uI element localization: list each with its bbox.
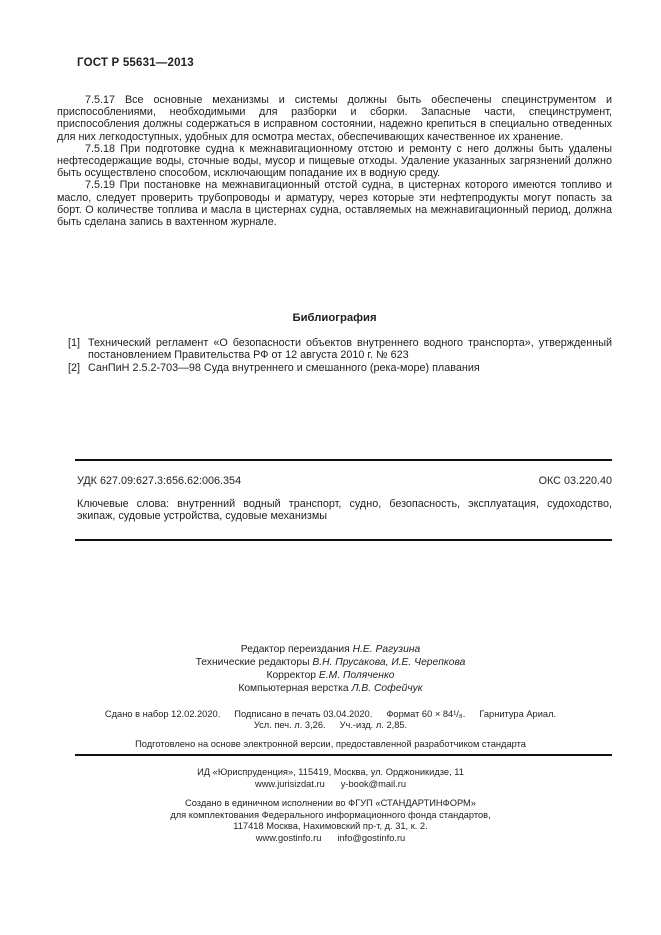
standartinform-line: для комплектования Федерального информац… [0, 810, 661, 822]
credit-line-technical-editors: Технические редакторы В.Н. Прусакова, И.… [0, 656, 661, 669]
imprint-note: Подготовлено на основе электронной верси… [0, 739, 661, 750]
standartinform-block: Создано в единичном исполнении во ФГУП «… [0, 798, 661, 844]
bibliography-item: [2] СанПиН 2.5.2-703—98 Суда внутреннего… [68, 362, 612, 374]
credit-line-editor: Редактор переиздания Н.Е. Рагузина [0, 643, 661, 656]
imprint-line-2: Усл. печ. л. 3,26.Уч.-изд. л. 2,85. [0, 720, 661, 731]
horizontal-rule-bottom [75, 754, 612, 756]
publisher-block: ИД «Юриспруденция», 115419, Москва, ул. … [0, 767, 661, 844]
bibliography-heading: Библиография [57, 312, 612, 324]
credit-role: Корректор [266, 670, 316, 681]
standartinform-contacts: www.gostinfo.ruinfo@gostinfo.ru [0, 833, 661, 845]
credit-role: Компьютерная верстка [238, 683, 348, 694]
keywords-text: Ключевые слова: внутренний водный трансп… [77, 498, 612, 523]
standartinform-address: 117418 Москва, Нахимовский пр-т, д. 31, … [0, 821, 661, 833]
oks-code: ОКС 03.220.40 [539, 475, 612, 487]
bibliography-list: [1] Технический регламент «О безопасност… [68, 337, 612, 374]
publisher-website: www.jurisizdat.ru [255, 779, 325, 791]
horizontal-rule-top [75, 459, 612, 461]
document-page: ГОСТ Р 55631—2013 7.5.17 Все основные ме… [0, 0, 661, 935]
gostinfo-website: www.gostinfo.ru [256, 833, 322, 845]
bibliography-item-marker: [1] [68, 337, 88, 361]
body-text-block: 7.5.17 Все основные механизмы и системы … [57, 94, 612, 228]
bibliography-item-marker: [2] [68, 362, 88, 374]
imprint-typeface: Гарнитура Ариал. [479, 709, 556, 720]
imprint-print-date: Подписано в печать 03.04.2020. [234, 709, 372, 720]
horizontal-rule-middle [75, 539, 612, 541]
bibliography-item-text: Технический регламент «О безопасности об… [88, 337, 612, 361]
bibliography-item-text: СанПиН 2.5.2-703—98 Суда внутреннего и с… [88, 362, 612, 374]
imprint-line-1: Сдано в набор 12.02.2020.Подписано в печ… [0, 709, 661, 720]
paragraph-7-5-18: 7.5.18 При подготовке судна к межнавигац… [57, 143, 612, 180]
paragraph-7-5-17: 7.5.17 Все основные механизмы и системы … [57, 94, 612, 143]
imprint-block: Сдано в набор 12.02.2020.Подписано в печ… [0, 709, 661, 751]
imprint-publisher-sheets: Уч.-изд. л. 2,85. [340, 720, 408, 731]
credits-block: Редактор переиздания Н.Е. Рагузина Техни… [0, 643, 661, 695]
credit-name: Н.Е. Рагузина [353, 644, 421, 655]
imprint-typeset-date: Сдано в набор 12.02.2020. [105, 709, 220, 720]
credit-line-layout: Компьютерная верстка Л.В. Софейчук [0, 682, 661, 695]
udk-code: УДК 627.09:627.3:656.62:006.354 [77, 475, 241, 487]
imprint-print-sheets: Усл. печ. л. 3,26. [254, 720, 326, 731]
imprint-format: Формат 60 × 84¹/₈. [386, 709, 465, 720]
standartinform-line: Создано в единичном исполнении во ФГУП «… [0, 798, 661, 810]
paragraph-7-5-19: 7.5.19 При постановке на межнавигационны… [57, 179, 612, 228]
bibliography-item: [1] Технический регламент «О безопасност… [68, 337, 612, 361]
credit-name: В.Н. Прусакова, И.Е. Черепкова [312, 657, 465, 668]
credit-line-corrector: Корректор Е.М. Поляченко [0, 669, 661, 682]
document-number: ГОСТ Р 55631—2013 [77, 57, 661, 69]
publisher-email: y-book@mail.ru [341, 779, 406, 791]
classification-codes-row: УДК 627.09:627.3:656.62:006.354 ОКС 03.2… [77, 475, 612, 487]
publisher-contacts: www.jurisizdat.ruy-book@mail.ru [0, 779, 661, 791]
gostinfo-email: info@gostinfo.ru [337, 833, 405, 845]
credit-name: Е.М. Поляченко [319, 670, 395, 681]
credit-role: Редактор переиздания [241, 644, 350, 655]
credit-role: Технические редакторы [196, 657, 310, 668]
publisher-address: ИД «Юриспруденция», 115419, Москва, ул. … [0, 767, 661, 779]
credit-name: Л.В. Софейчук [351, 683, 422, 694]
